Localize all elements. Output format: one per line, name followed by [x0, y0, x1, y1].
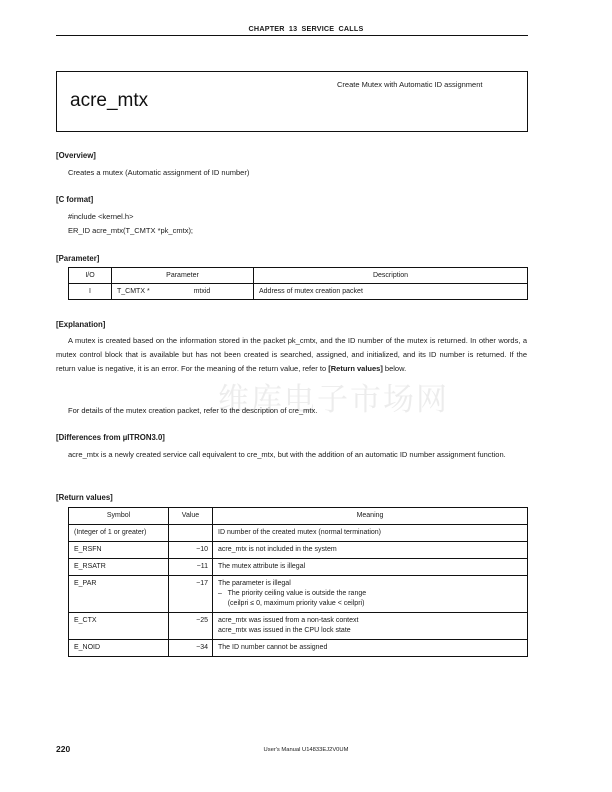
meaning-cell: The ID number cannot be assigned: [213, 640, 528, 657]
table-row: E_RSATR −11 The mutex attribute is illeg…: [69, 559, 528, 576]
table-row: E_CTX −25 acre_mtx was issued from a non…: [69, 613, 528, 640]
param-name: mtxid: [194, 288, 211, 295]
meaning-line: The parameter is illegal: [218, 579, 522, 589]
service-call-name: acre_mtx: [70, 90, 148, 112]
explanation-paragraph-2: For details of the mutex creation packet…: [68, 406, 317, 415]
return-values-table: Symbol Value Meaning (Integer of 1 or gr…: [68, 507, 528, 657]
overview-heading: [Overview]: [56, 151, 96, 160]
c-format-prototype: ER_ID acre_mtx(T_CMTX *pk_cmtx);: [68, 226, 193, 235]
param-description: Address of mutex creation packet: [254, 284, 528, 300]
differences-heading: [Differences from µITRON3.0]: [56, 433, 165, 442]
meaning-cell: The mutex attribute is illegal: [213, 559, 528, 576]
header-rule: [56, 35, 528, 36]
manual-id: User's Manual U14833EJ2V0UM: [0, 747, 612, 753]
meaning-cell: The parameter is illegal – The priority …: [213, 576, 528, 613]
explanation-paragraph-1: A mutex is created based on the informat…: [56, 334, 527, 377]
value-cell: −11: [169, 559, 213, 576]
table-row: (Integer of 1 or greater) ID number of t…: [69, 525, 528, 542]
param-cell: T_CMTX * mtxid: [112, 284, 254, 300]
symbol-cell: E_NOID: [69, 640, 169, 657]
chapter-header: CHAPTER 13 SERVICE CALLS: [0, 24, 612, 33]
value-cell: [169, 525, 213, 542]
differences-paragraph: acre_mtx is a newly created service call…: [56, 448, 527, 462]
meaning-line: (ceilpri ≤ 0, maximum priority value < c…: [218, 599, 522, 609]
explanation-text-end: below.: [383, 364, 406, 373]
value-cell: −10: [169, 542, 213, 559]
c-format-include: #include <kernel.h>: [68, 212, 133, 221]
table-header-row: I/O Parameter Description: [69, 268, 528, 284]
symbol-cell: E_CTX: [69, 613, 169, 640]
c-format-heading: [C format]: [56, 195, 93, 204]
column-header-symbol: Symbol: [69, 508, 169, 525]
symbol-cell: (Integer of 1 or greater): [69, 525, 169, 542]
column-header-value: Value: [169, 508, 213, 525]
column-header-meaning: Meaning: [213, 508, 528, 525]
return-values-heading: [Return values]: [56, 493, 113, 502]
table-row: E_PAR −17 The parameter is illegal – The…: [69, 576, 528, 613]
column-header-parameter: Parameter: [112, 268, 254, 284]
meaning-cell: acre_mtx is not included in the system: [213, 542, 528, 559]
return-values-reference: [Return values]: [328, 364, 383, 373]
column-header-io: I/O: [69, 268, 112, 284]
overview-text: Creates a mutex (Automatic assignment of…: [68, 168, 249, 177]
explanation-heading: [Explanation]: [56, 320, 105, 329]
meaning-cell: ID number of the created mutex (normal t…: [213, 525, 528, 542]
symbol-cell: E_PAR: [69, 576, 169, 613]
param-io: I: [69, 284, 112, 300]
param-type: T_CMTX *: [117, 288, 150, 295]
parameter-heading: [Parameter]: [56, 254, 99, 263]
explanation-text: A mutex is created based on the informat…: [56, 336, 527, 373]
meaning-cell: acre_mtx was issued from a non-task cont…: [213, 613, 528, 640]
table-row: E_RSFN −10 acre_mtx is not included in t…: [69, 542, 528, 559]
service-call-subtitle: Create Mutex with Automatic ID assignmen…: [337, 80, 482, 89]
meaning-line: – The priority ceiling value is outside …: [218, 589, 522, 599]
table-row: E_NOID −34 The ID number cannot be assig…: [69, 640, 528, 657]
value-cell: −17: [169, 576, 213, 613]
differences-text: acre_mtx is a newly created service call…: [68, 450, 506, 459]
parameter-table: I/O Parameter Description I T_CMTX * mtx…: [68, 267, 528, 300]
column-header-description: Description: [254, 268, 528, 284]
symbol-cell: E_RSFN: [69, 542, 169, 559]
value-cell: −34: [169, 640, 213, 657]
meaning-line: acre_mtx was issued in the CPU lock stat…: [218, 626, 522, 636]
value-cell: −25: [169, 613, 213, 640]
table-row: I T_CMTX * mtxid Address of mutex creati…: [69, 284, 528, 300]
table-header-row: Symbol Value Meaning: [69, 508, 528, 525]
symbol-cell: E_RSATR: [69, 559, 169, 576]
meaning-line: acre_mtx was issued from a non-task cont…: [218, 616, 522, 626]
